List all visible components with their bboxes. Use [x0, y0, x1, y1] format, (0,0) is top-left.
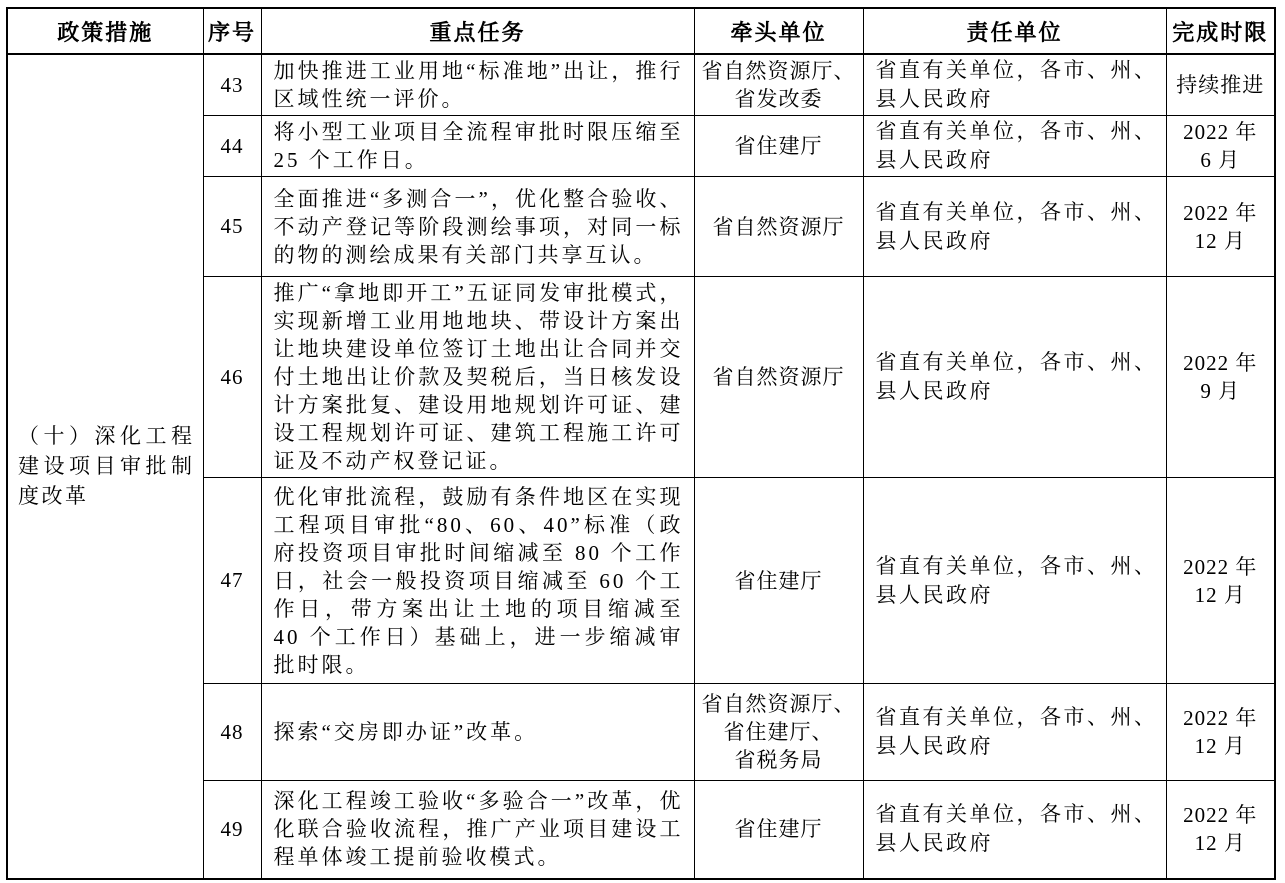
task-cell: 深化工程竣工验收“多验合一”改革，优化联合验收流程，推广产业项目建设工程单体竣工… [261, 781, 694, 879]
row-no-cell: 49 [203, 781, 261, 879]
lead-unit-cell: 省自然资源厅 [694, 177, 863, 277]
deadline-cell: 2022 年 6 月 [1166, 116, 1275, 177]
responsible-unit-cell: 省直有关单位，各市、州、县人民政府 [863, 684, 1166, 781]
deadline-cell: 2022 年 9 月 [1166, 277, 1275, 478]
lead-unit-cell: 省自然资源厅 [694, 277, 863, 478]
task-cell: 探索“交房即办证”改革。 [261, 684, 694, 781]
task-cell: 全面推进“多测合一”，优化整合验收、不动产登记等阶段测绘事项，对同一标的物的测绘… [261, 177, 694, 277]
table-row-43: （十）深化工程建设项目审批制度改革 43 加快推进工业用地“标准地”出让，推行区… [7, 54, 1275, 116]
deadline-cell: 2022 年 12 月 [1166, 177, 1275, 277]
col-header-deadline: 完成时限 [1166, 8, 1275, 54]
col-header-task: 重点任务 [261, 8, 694, 54]
task-cell: 推广“拿地即开工”五证同发审批模式，实现新增工业用地地块、带设计方案出让地块建设… [261, 277, 694, 478]
lead-unit-cell: 省住建厅 [694, 781, 863, 879]
lead-unit-cell: 省自然资源厅、 省住建厅、 省税务局 [694, 684, 863, 781]
row-no-cell: 48 [203, 684, 261, 781]
responsible-unit-cell: 省直有关单位，各市、州、县人民政府 [863, 116, 1166, 177]
row-no-cell: 47 [203, 478, 261, 684]
row-no-cell: 46 [203, 277, 261, 478]
row-no-cell: 44 [203, 116, 261, 177]
responsible-unit-cell: 省直有关单位，各市、州、县人民政府 [863, 277, 1166, 478]
lead-unit-cell: 省住建厅 [694, 478, 863, 684]
responsible-unit-cell: 省直有关单位，各市、州、县人民政府 [863, 177, 1166, 277]
col-header-lead: 牵头单位 [694, 8, 863, 54]
row-no-cell: 45 [203, 177, 261, 277]
responsible-unit-cell: 省直有关单位，各市、州、县人民政府 [863, 781, 1166, 879]
deadline-cell: 2022 年 12 月 [1166, 478, 1275, 684]
lead-unit-cell: 省住建厅 [694, 116, 863, 177]
policy-measure-cell: （十）深化工程建设项目审批制度改革 [7, 54, 203, 879]
policy-task-table: 政策措施 序号 重点任务 牵头单位 责任单位 完成时限 （十）深化工程建设项目审… [6, 7, 1276, 880]
document-page: 政策措施 序号 重点任务 牵头单位 责任单位 完成时限 （十）深化工程建设项目审… [0, 0, 1285, 883]
deadline-cell: 2022 年 12 月 [1166, 781, 1275, 879]
col-header-policy: 政策措施 [7, 8, 203, 54]
col-header-responsible: 责任单位 [863, 8, 1166, 54]
responsible-unit-cell: 省直有关单位，各市、州、县人民政府 [863, 54, 1166, 116]
task-cell: 将小型工业项目全流程审批时限压缩至 25 个工作日。 [261, 116, 694, 177]
col-header-no: 序号 [203, 8, 261, 54]
deadline-cell: 持续推进 [1166, 54, 1275, 116]
task-cell: 优化审批流程，鼓励有条件地区在实现工程项目审批“80、60、40”标准（政府投资… [261, 478, 694, 684]
deadline-cell: 2022 年 12 月 [1166, 684, 1275, 781]
row-no-cell: 43 [203, 54, 261, 116]
lead-unit-cell: 省自然资源厅、 省发改委 [694, 54, 863, 116]
responsible-unit-cell: 省直有关单位，各市、州、县人民政府 [863, 478, 1166, 684]
header-row: 政策措施 序号 重点任务 牵头单位 责任单位 完成时限 [7, 8, 1275, 54]
task-cell: 加快推进工业用地“标准地”出让，推行区域性统一评价。 [261, 54, 694, 116]
